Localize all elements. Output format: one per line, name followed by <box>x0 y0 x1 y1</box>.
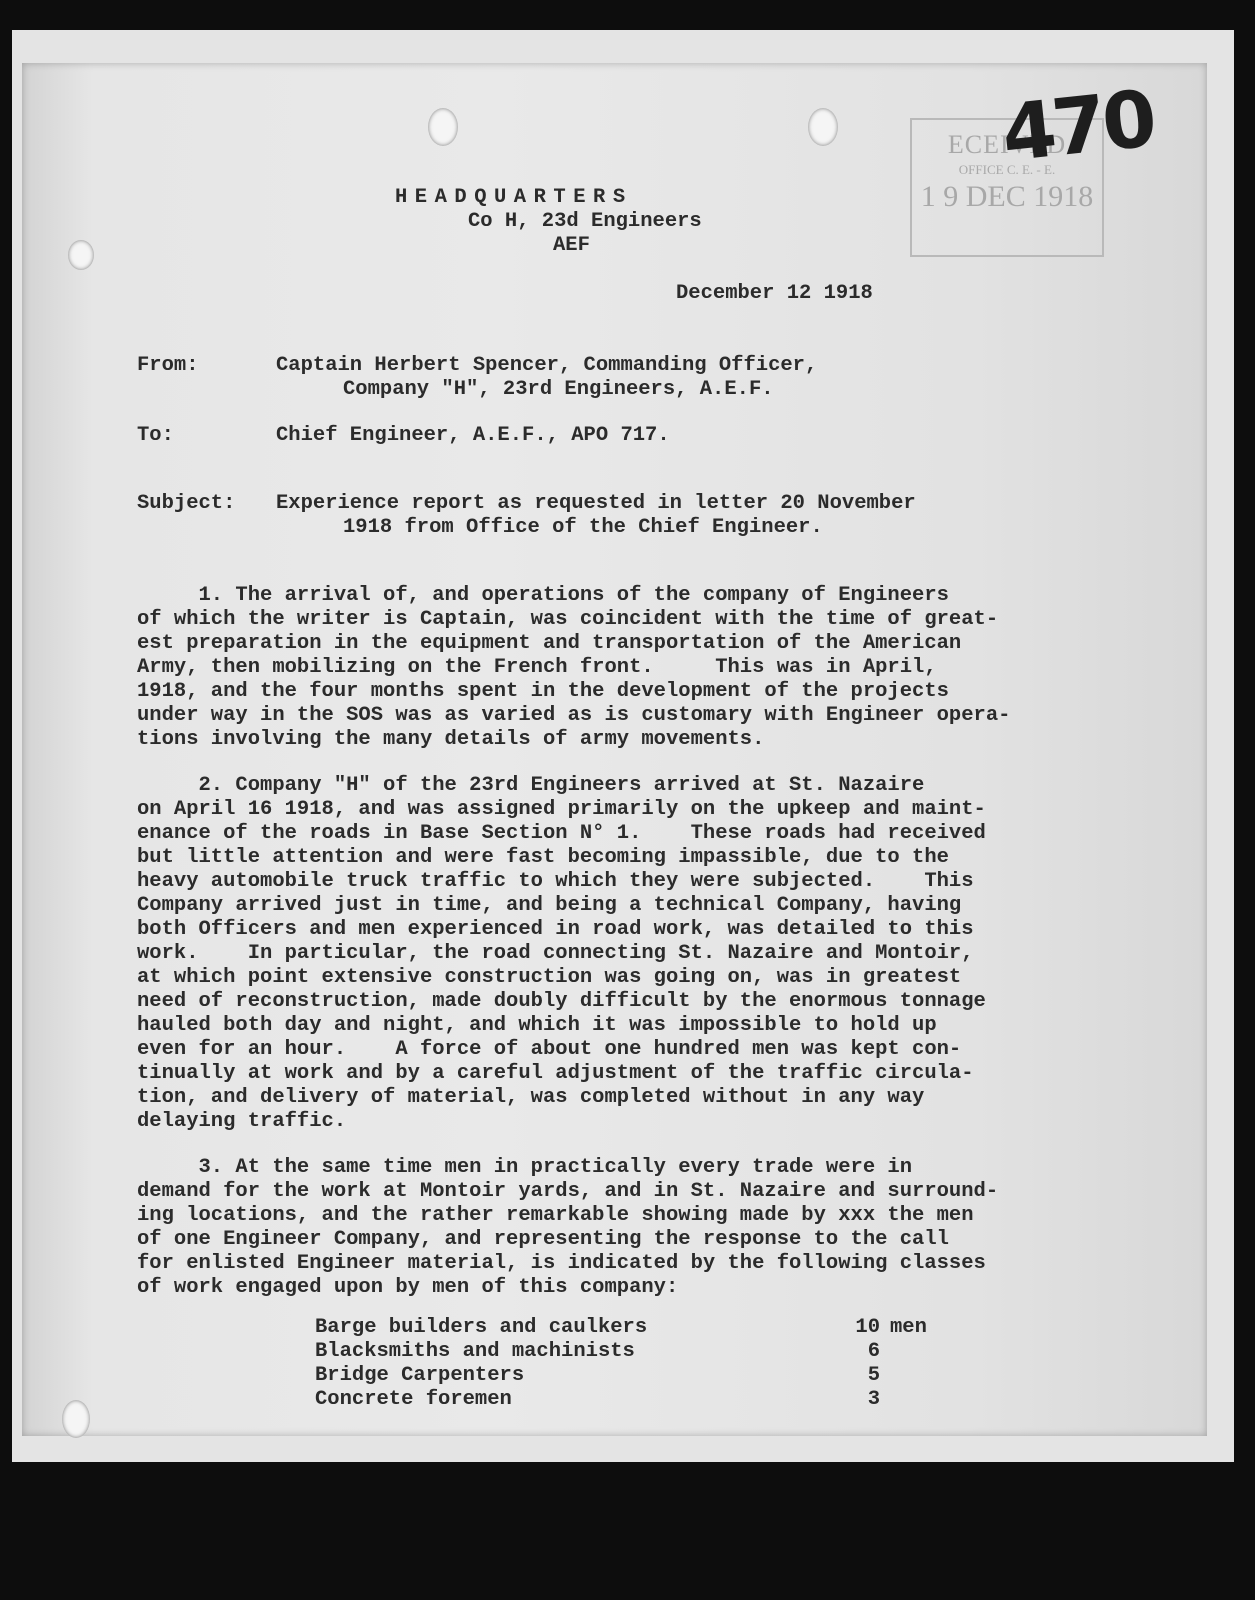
paragraph-1-line: under way in the SOS was as varied as is… <box>137 704 1010 728</box>
letterhead-org: AEF <box>553 234 590 258</box>
trades-list: Barge builders and caulkers 10 men Black… <box>315 1316 935 1412</box>
paragraph-1-line: 1. The arrival of, and operations of the… <box>137 584 949 608</box>
from-line-1: Captain Herbert Spencer, Commanding Offi… <box>276 354 817 378</box>
paragraph-2-line: even for an hour. A force of about one h… <box>137 1038 961 1062</box>
paragraph-2-line: enance of the roads in Base Section N° 1… <box>137 822 986 846</box>
paragraph-1-line: Army, then mobilizing on the French fron… <box>137 656 937 680</box>
paragraph-2-line: both Officers and men experienced in roa… <box>137 918 974 942</box>
trade-count: 10 <box>840 1316 880 1340</box>
trade-row: Barge builders and caulkers 10 men <box>315 1316 935 1340</box>
trade-row: Bridge Carpenters 5 <box>315 1364 935 1388</box>
to-label: To: <box>137 424 174 448</box>
to-line-1: Chief Engineer, A.E.F., APO 717. <box>276 424 670 448</box>
trade-count: 5 <box>840 1364 880 1388</box>
handwritten-file-number: 470 <box>998 74 1157 179</box>
letterhead-unit: Co H, 23d Engineers <box>468 210 702 234</box>
paragraph-3-line: of one Engineer Company, and representin… <box>137 1228 949 1252</box>
paragraph-1-line: 1918, and the four months spent in the d… <box>137 680 949 704</box>
punch-hole <box>808 108 838 146</box>
trade-count: 3 <box>840 1388 880 1412</box>
paragraph-2-line: on April 16 1918, and was assigned prima… <box>137 798 986 822</box>
paragraph-2-line: hauled both day and night, and which it … <box>137 1014 937 1038</box>
paragraph-3-line: demand for the work at Montoir yards, an… <box>137 1180 998 1204</box>
from-line-2: Company "H", 23rd Engineers, A.E.F. <box>343 378 774 402</box>
paragraph-2-line: tion, and delivery of material, was comp… <box>137 1086 924 1110</box>
from-label: From: <box>137 354 199 378</box>
paragraph-3-line: of work engaged upon by men of this comp… <box>137 1276 678 1300</box>
trade-name: Concrete foremen <box>315 1388 840 1412</box>
trade-name: Bridge Carpenters <box>315 1364 840 1388</box>
subject-label: Subject: <box>137 492 235 516</box>
subject-line-1: Experience report as requested in letter… <box>276 492 916 516</box>
trade-unit: men <box>890 1316 927 1340</box>
paragraph-1-line: est preparation in the equipment and tra… <box>137 632 961 656</box>
letter-date: December 12 1918 <box>676 282 873 306</box>
punch-hole <box>68 240 94 270</box>
paragraph-3-line: ing locations, and the rather remarkable… <box>137 1204 974 1228</box>
paragraph-2-line: 2. Company "H" of the 23rd Engineers arr… <box>137 774 924 798</box>
paragraph-2-line: heavy automobile truck traffic to which … <box>137 870 974 894</box>
trade-name: Barge builders and caulkers <box>315 1316 840 1340</box>
paragraph-2-line: tinually at work and by a careful adjust… <box>137 1062 974 1086</box>
stamp-date: 1 9 DEC 1918 <box>912 180 1102 214</box>
paragraph-2-line: but little attention and were fast becom… <box>137 846 949 870</box>
punch-hole <box>62 1400 90 1438</box>
trade-name: Blacksmiths and machinists <box>315 1340 840 1364</box>
paragraph-1-line: tions involving the many details of army… <box>137 728 764 752</box>
subject-line-2: 1918 from Office of the Chief Engineer. <box>343 516 823 540</box>
punch-hole <box>428 108 458 146</box>
paragraph-3-line: for enlisted Engineer material, is indic… <box>137 1252 986 1276</box>
paragraph-2-line: delaying traffic. <box>137 1110 346 1134</box>
paragraph-3-line: 3. At the same time men in practically e… <box>137 1156 912 1180</box>
paragraph-2-line: need of reconstruction, made doubly diff… <box>137 990 986 1014</box>
paragraph-2-line: at which point extensive construction wa… <box>137 966 961 990</box>
paragraph-2-line: Company arrived just in time, and being … <box>137 894 961 918</box>
trade-count: 6 <box>840 1340 880 1364</box>
trade-row: Blacksmiths and machinists 6 <box>315 1340 935 1364</box>
letterhead-title: HEADQUARTERS <box>395 186 633 210</box>
trade-row: Concrete foremen 3 <box>315 1388 935 1412</box>
paragraph-2-line: work. In particular, the road connecting… <box>137 942 974 966</box>
paragraph-1-line: of which the writer is Captain, was coin… <box>137 608 998 632</box>
